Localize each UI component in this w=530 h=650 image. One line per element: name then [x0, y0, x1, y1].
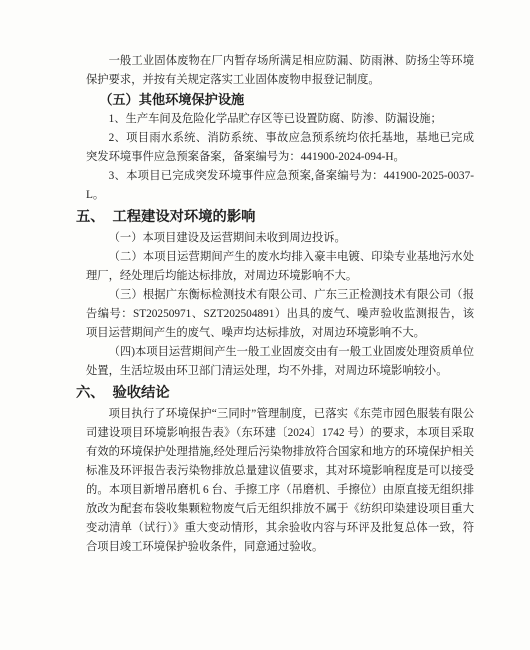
subheading-other-environmental-facilities: （五）其他环境保护设施	[86, 90, 474, 110]
paragraph-impact-gas-noise-monitoring: （三）根据广东衡标检测技术有限公司、广东三正检测技术有限公司（报告编号：ST20…	[86, 286, 474, 343]
heading-number: 六、	[76, 385, 105, 401]
paragraph-acceptance-conclusion: 项目执行了环境保护“三同时”管理制度，已落实《东莞市园色服装有限公司建设项目环境…	[86, 405, 474, 557]
list-item-anticorrosion-facilities: 1、生产车间及危险化学品贮存区等已设置防腐、防渗、防漏设施；	[86, 110, 474, 129]
paragraph-impact-solid-waste-disposal: （四)本项目运营期间产生一般工业固废交由有一般工业固废处理资质单位处置，生活垃圾…	[86, 343, 474, 381]
paragraph-impact-wastewater: （二）本项目运营期间产生的废水均排入豪丰电镀、印染专业基地污水处理厂，经处理后均…	[86, 248, 474, 286]
paragraph-impact-complaints: （一）本项目建设及运营期间未收到周边投诉。	[86, 229, 474, 248]
list-item-project-emergency-plan: 3、本项目已完成突发环境事件应急预案,备案编号为：441900-2025-003…	[86, 167, 474, 205]
section-heading-environmental-impact: 五、工程建设对环境的影响	[76, 207, 474, 227]
document-page: 一般工业固体废物在厂内暂存场所满足相应防漏、防雨淋、防扬尘等环境保护要求，并按有…	[0, 0, 530, 650]
list-item-base-emergency-plan: 2、项目雨水系统、消防系统、事故应急预系统均依托基地，基地已完成突发环境事件应急…	[86, 129, 474, 167]
heading-title: 工程建设对环境的影响	[112, 209, 255, 225]
heading-title: 验收结论	[112, 385, 169, 401]
section-heading-acceptance-conclusion: 六、验收结论	[76, 383, 474, 403]
heading-number: 五、	[76, 209, 105, 225]
paragraph-general-solid-waste: 一般工业固体废物在厂内暂存场所满足相应防漏、防雨淋、防扬尘等环境保护要求，并按有…	[86, 52, 474, 90]
